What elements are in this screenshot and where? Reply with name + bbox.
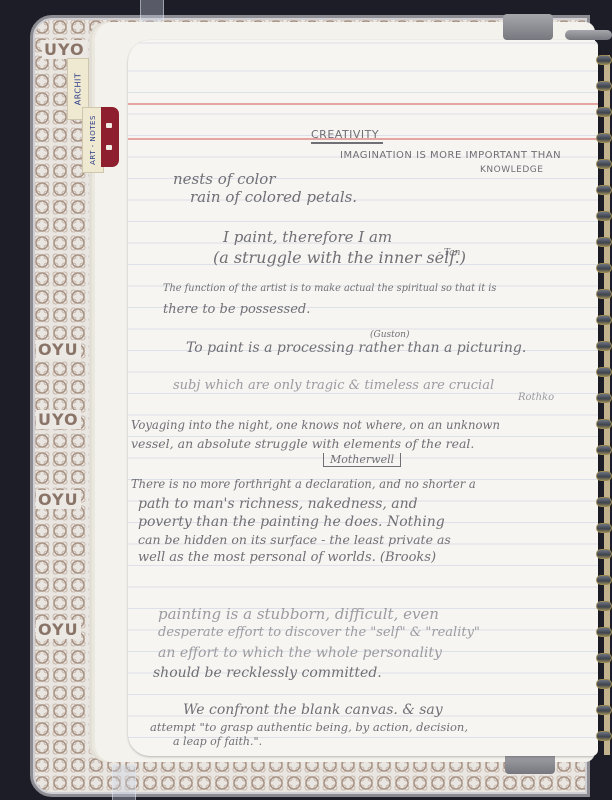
spiral-coil — [596, 445, 612, 455]
spiral-coil — [596, 393, 612, 403]
spiral-coil — [596, 367, 612, 377]
spiral-coil — [596, 601, 612, 611]
spiral-coil — [596, 289, 612, 299]
note-line: path to man's richness, nakedness, and — [138, 496, 418, 512]
note-line: a leap of faith.". — [173, 735, 262, 748]
margin-rule — [128, 103, 598, 105]
header-quote-attribution: KNOWLEDGE — [480, 165, 543, 175]
spiral-coil — [596, 653, 612, 663]
note-line: Voyaging into the night, one knows not w… — [131, 418, 500, 432]
note-attribution: (Guston) — [370, 330, 409, 340]
note-line: attempt "to grasp authentic being, by ac… — [150, 720, 468, 734]
note-attribution: - Tan — [438, 248, 460, 258]
spiral-coil — [596, 471, 612, 481]
title-underline — [311, 142, 383, 144]
spiral-coil — [596, 107, 612, 117]
spiral-coil — [596, 159, 612, 169]
note-attribution: Rothko — [518, 392, 554, 403]
spiral-coil — [596, 81, 612, 91]
binder-brand-mark: UYO — [42, 40, 87, 59]
note-line: To paint is a processing rather than a p… — [186, 340, 526, 356]
spiral-coil — [596, 731, 612, 741]
spiral-binding — [596, 55, 612, 755]
page-title: CREATIVITY — [311, 128, 379, 141]
binder-brand-mark: OYU — [36, 620, 81, 639]
binder-brand-mark: UYO — [36, 410, 81, 429]
spiral-coil — [596, 341, 612, 351]
note-line: nests of color — [173, 170, 276, 188]
spiral-coil — [596, 315, 612, 325]
note-line: an effort to which the whole personality — [158, 645, 442, 661]
spiral-coil — [596, 185, 612, 195]
binder-brand-mark: OYU — [36, 490, 81, 509]
note-attribution: Motherwell — [323, 453, 401, 467]
spiral-coil — [596, 575, 612, 585]
spiral-coil — [596, 549, 612, 559]
header-quote: IMAGINATION IS MORE IMPORTANT THAN — [340, 150, 561, 161]
note-line: We confront the blank canvas. & say — [183, 702, 443, 718]
note-line: subj which are only tragic & timeless ar… — [173, 378, 494, 393]
spiral-coil — [596, 705, 612, 715]
note-line: can be hidden on its surface - the least… — [138, 532, 451, 547]
note-line: poverty than the painting he does. Nothi… — [138, 514, 445, 530]
note-line: I paint, therefore I am — [223, 228, 392, 246]
spiral-coil — [596, 523, 612, 533]
note-line: vessel, an absolute struggle with elemen… — [131, 436, 474, 451]
tab-hole — [106, 145, 112, 150]
spiral-coil — [596, 263, 612, 273]
spiral-coil — [596, 679, 612, 689]
spiral-coil — [596, 419, 612, 429]
tab-label: ARCHIT — [74, 73, 83, 105]
binder-brand-mark: OYU — [36, 340, 81, 359]
spiral-coil — [596, 237, 612, 247]
tab-hole — [106, 123, 112, 128]
binder-ring — [565, 30, 612, 40]
note-line: desperate effort to discover the "self" … — [158, 625, 480, 640]
note-line: well as the most personal of worlds. (Br… — [138, 550, 436, 565]
note-line: rain of colored petals. — [190, 188, 357, 206]
tape-strip — [112, 765, 136, 800]
spiral-coil — [596, 133, 612, 143]
spiral-coil — [596, 497, 612, 507]
red-index-tab[interactable] — [101, 107, 119, 167]
binder-clip — [503, 14, 553, 40]
tab-label: ART - NOTES — [89, 115, 97, 165]
spiral-coil — [596, 55, 612, 65]
note-line: There is no more forthright a declaratio… — [131, 477, 476, 491]
note-line: there to be possessed. — [163, 302, 310, 317]
spiral-coil — [596, 627, 612, 637]
note-line: The function of the artist is to make ac… — [163, 282, 496, 294]
note-line: should be recklessly committed. — [153, 665, 382, 681]
note-line: painting is a stubborn, difficult, even — [158, 605, 439, 623]
notebook-page: CREATIVITY IMAGINATION IS MORE IMPORTANT… — [128, 40, 598, 756]
note-line: (a struggle with the inner self.) — [213, 248, 466, 267]
spiral-coil — [596, 211, 612, 221]
